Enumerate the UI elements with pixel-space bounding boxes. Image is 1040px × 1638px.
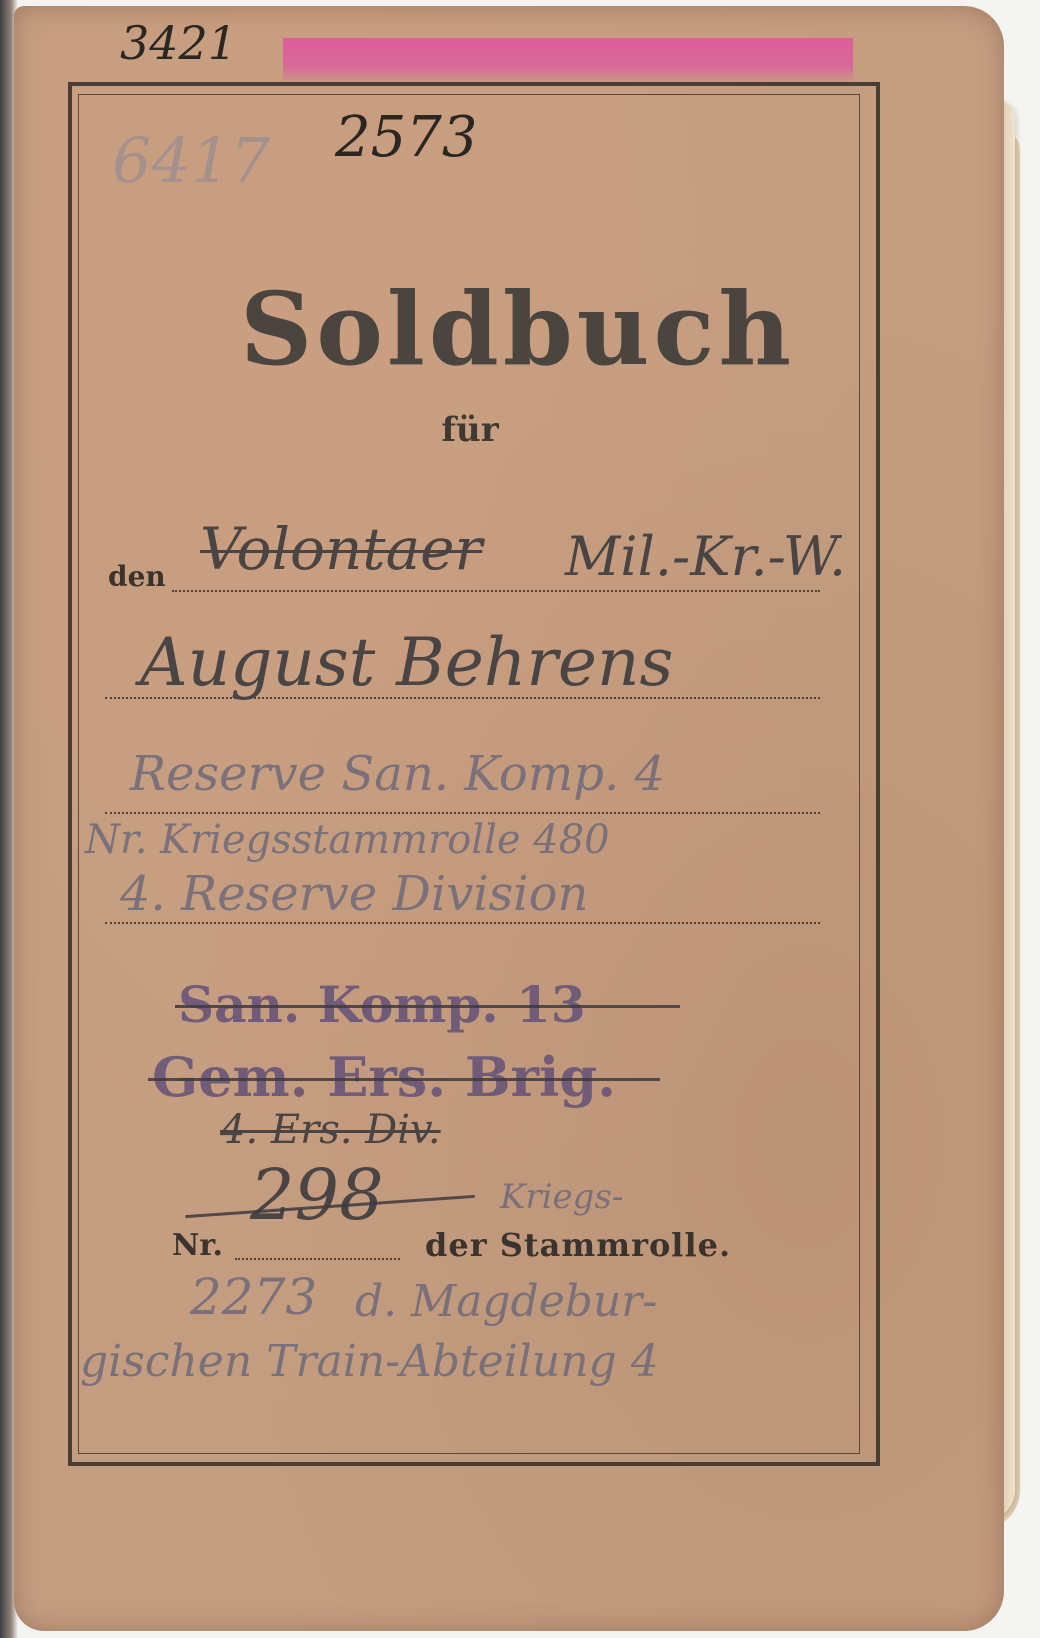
nr-label: Nr. (172, 1228, 223, 1263)
rank: Mil.-Kr.-W. (565, 530, 846, 584)
unit-line-3: 4. Reserve Division (120, 870, 588, 918)
ink-number: 2573 (335, 110, 478, 166)
train-note-line-1: d. Magdebur- (355, 1280, 657, 1324)
stammrolle-label: der Stammrolle. (425, 1226, 731, 1264)
document-title: Soldbuch (240, 270, 710, 388)
unit-dotted-line-1 (105, 812, 820, 814)
stammrolle-dotted-line (235, 1258, 400, 1260)
subtitle-fuer: für (420, 410, 520, 450)
strike-line-2 (148, 1078, 660, 1081)
unit-line-1: Reserve San. Komp. 4 (130, 750, 665, 798)
stammrolle-number: 2273 (190, 1272, 317, 1322)
pink-tab-label (283, 38, 853, 84)
den-label: den (108, 560, 166, 593)
top-number: 3421 (120, 20, 237, 66)
rank-dotted-line (172, 590, 820, 592)
train-note-line-2: gischen Train-Abteilung 4 (80, 1340, 659, 1384)
soldier-name: August Behrens (140, 630, 673, 696)
crossed-stammrolle-number: 298 (250, 1160, 384, 1230)
crossed-rank: Volontaer (200, 520, 482, 578)
pencil-number: 6417 (112, 130, 270, 192)
strike-line-1 (175, 1005, 680, 1008)
unit-dotted-line-2 (105, 922, 820, 924)
unit-line-2: Nr. Kriegsstammrolle 480 (85, 820, 610, 860)
kriegs-note: Kriegs- (500, 1180, 623, 1214)
crossed-division: 4. Ers. Div. (220, 1110, 441, 1150)
stamp-gem-ers-brig: Gem. Ers. Brig. (152, 1045, 616, 1109)
